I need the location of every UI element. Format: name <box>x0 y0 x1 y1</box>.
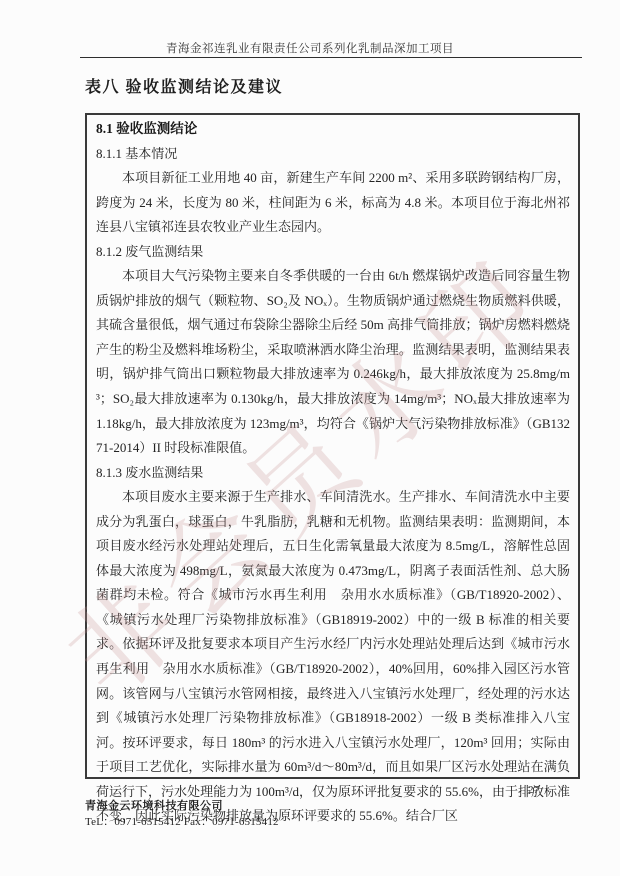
paragraph-waste-water-results: 本项目废水主要来源于生产排水、车间清洗水。生产排水、车间清洗水中主要成分为乳蛋白… <box>96 485 570 829</box>
subsection-heading-8-1-1: 8.1.1 基本情况 <box>96 142 570 167</box>
page-title: 表八 验收监测结论及建议 <box>85 74 283 97</box>
footer-contact-info: TeL：0971-6515412 Fax：0971-6515412 <box>85 815 279 831</box>
page-number: 27 <box>528 784 539 796</box>
header-project-title: 青海金祁连乳业有限责任公司系列化乳制品深加工项目 <box>0 40 620 56</box>
section-heading-8-1: 8.1 验收监测结论 <box>96 117 570 142</box>
header-rule <box>80 57 582 58</box>
subsection-heading-8-1-2: 8.1.2 废气监测结果 <box>96 240 570 265</box>
paragraph-basic-situation: 本项目新征工业用地 40 亩，新建生产车间 2200 m²、采用多联跨钢结构厂房… <box>96 166 570 240</box>
paragraph-waste-gas-results: 本项目大气污染物主要来自冬季供暖的一台由 6t/h 燃煤锅炉改造后同容量生物质锅… <box>96 264 570 460</box>
footer-company-name: 青海金云环境科技有限公司 <box>85 799 279 815</box>
content-box: 8.1 验收监测结论 8.1.1 基本情况 本项目新征工业用地 40 亩，新建生… <box>85 113 580 779</box>
subsection-heading-8-1-3: 8.1.3 废水监测结果 <box>96 461 570 486</box>
page-footer: 青海金云环境科技有限公司 TeL：0971-6515412 Fax：0971-6… <box>85 799 279 830</box>
